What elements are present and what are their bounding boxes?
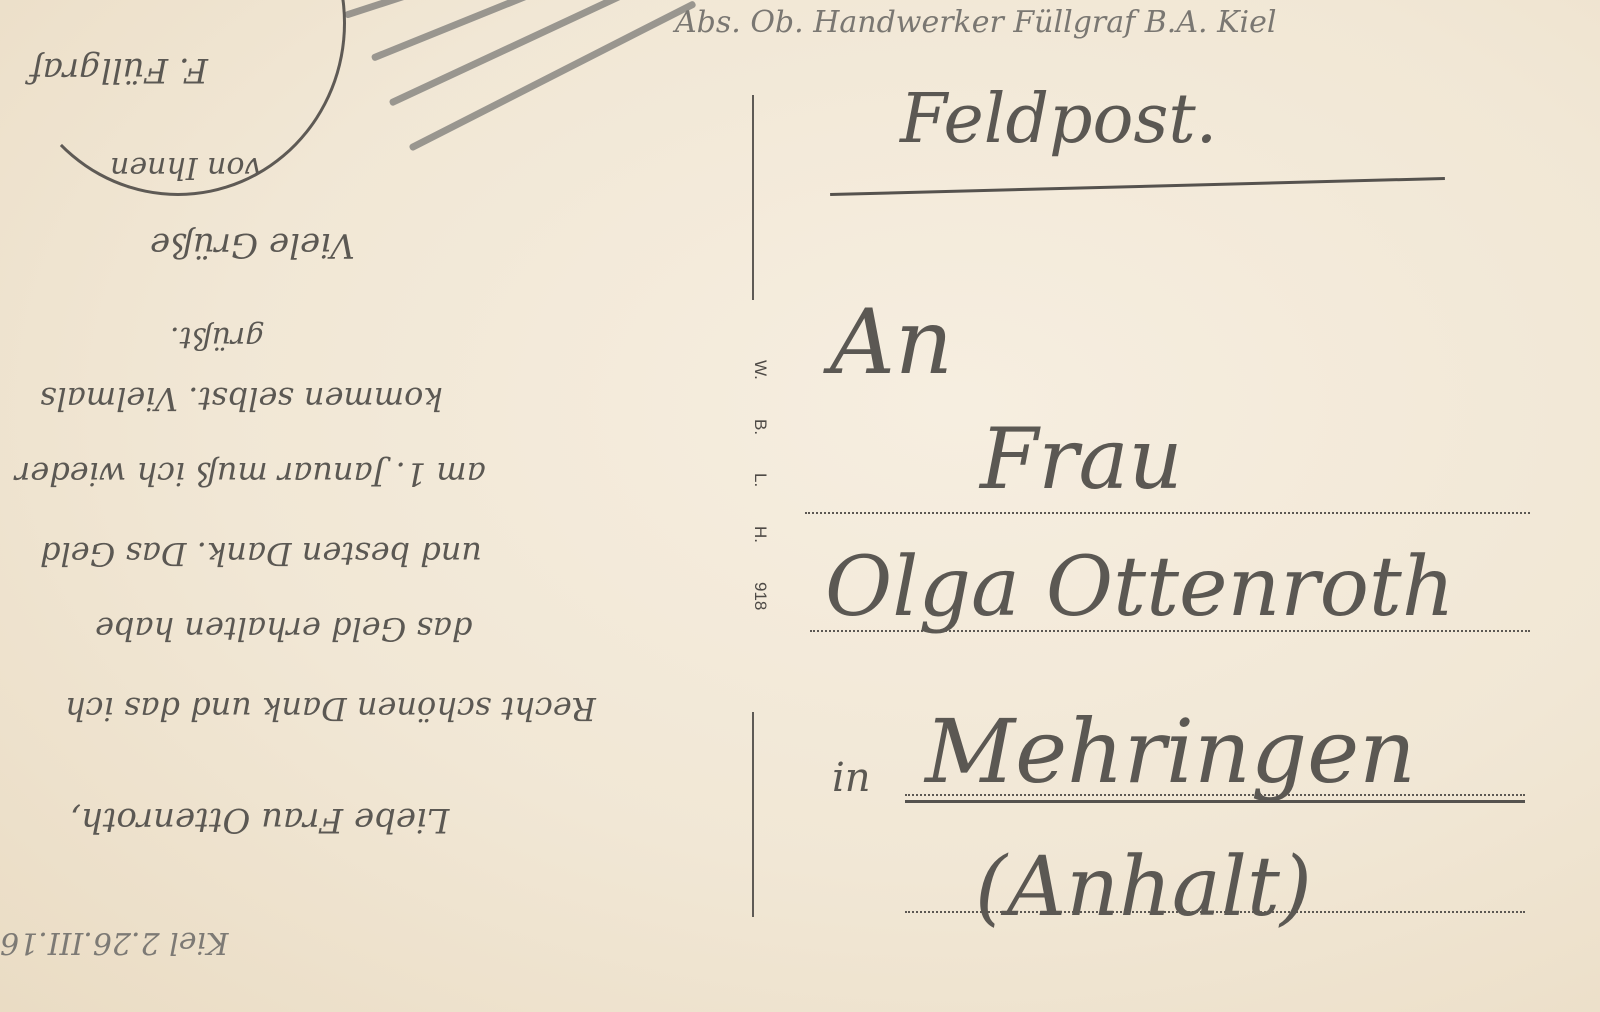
address-salutation: An <box>830 290 953 395</box>
divider-bottom <box>752 712 754 917</box>
message-sign-off-2: von Ihnen <box>110 150 261 185</box>
message-sign-off-3: Viele Grüße <box>150 225 355 265</box>
service-underline <box>830 177 1445 196</box>
address-region: (Anhalt) <box>975 840 1312 935</box>
sender-note: Abs. Ob. Handwerker Füllgraf B.A. Kiel <box>675 5 1276 40</box>
message-dateline: Kiel 2.26.III.16 <box>0 925 229 960</box>
city-underline <box>905 800 1525 803</box>
address-prefix: in <box>832 755 871 801</box>
address-title: Frau <box>980 410 1183 508</box>
message-line-7: grüßt. <box>170 320 265 355</box>
imprint-number: 918 <box>750 582 770 610</box>
message-line-5: am 1. Januar muß ich wieder <box>15 455 486 493</box>
imprint-h: H. <box>750 526 770 543</box>
address-line-1 <box>805 512 1530 514</box>
message-line-6: kommen selbst. Vielmals <box>40 380 443 418</box>
imprint-l: L. <box>750 473 770 487</box>
message-line-4: und besten Dank. Das Geld <box>40 535 482 573</box>
address-line-2 <box>810 630 1530 632</box>
address-name: Olga Ottenroth <box>825 540 1455 635</box>
postcard-back: Abs. Ob. Handwerker Füllgraf B.A. Kiel F… <box>0 0 1600 1012</box>
divider-top <box>752 95 754 300</box>
imprint-w: W. <box>750 360 770 380</box>
address-city: Mehringen <box>925 700 1416 803</box>
message-greeting: Liebe Frau Ottenroth, <box>70 800 449 840</box>
cancellation-stroke <box>344 0 460 19</box>
cancellation-stroke <box>371 0 587 62</box>
publisher-imprint: W. B. L. H. 918 <box>740 360 770 680</box>
message-sign-off: F. Füllgraf <box>30 50 208 90</box>
address-line-3 <box>905 794 1525 796</box>
imprint-b: B. <box>750 419 770 435</box>
service-mark: Feldpost. <box>900 80 1217 159</box>
address-line-4 <box>905 911 1525 913</box>
message-line-3: das Geld erhalten habe <box>95 610 472 648</box>
message-line-2: Recht schönen Dank und das ich <box>65 690 596 728</box>
